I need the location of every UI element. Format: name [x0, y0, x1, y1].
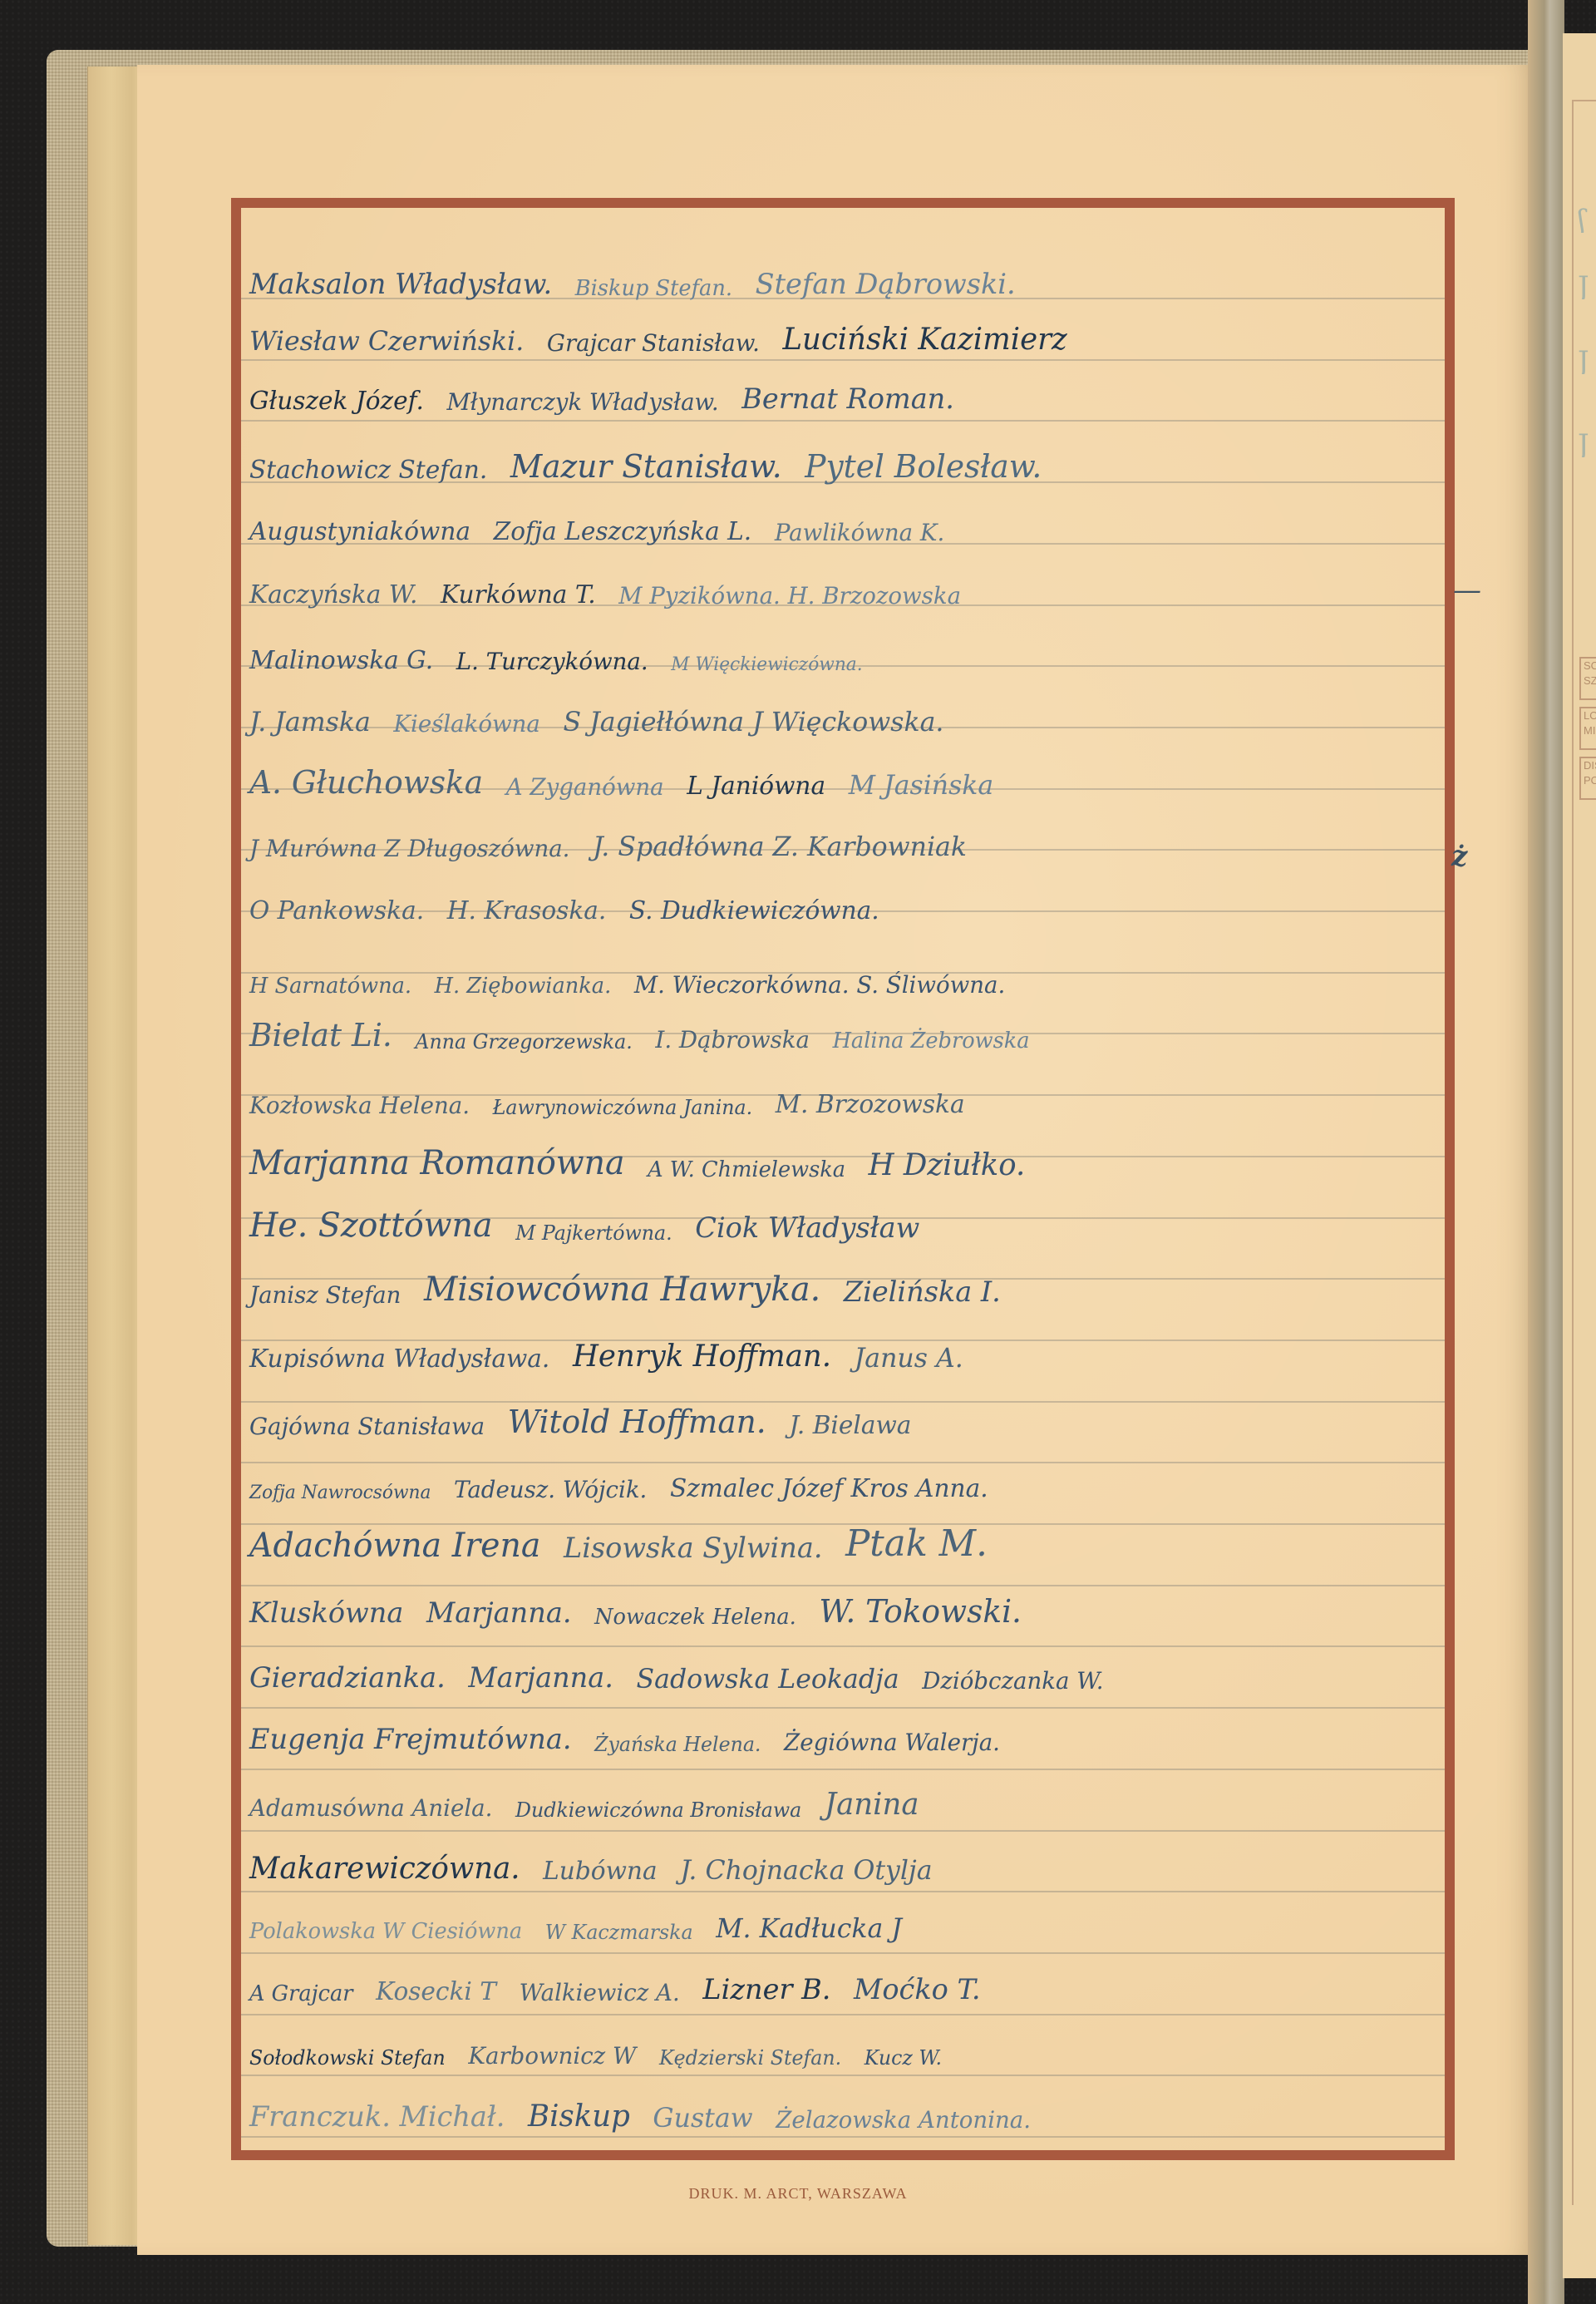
handwritten-name: J. Spadłówna Z. Karbowniak — [593, 831, 967, 862]
signature-row: KluskównaMarjanna.Nowaczek Helena.W. Tok… — [249, 1571, 1430, 1630]
handwritten-name: Kozłowska Helena. — [249, 1092, 470, 1119]
handwritten-name: Tadeusz. Wójcik. — [454, 1476, 647, 1503]
handwritten-name: H Dziułko. — [869, 1148, 1026, 1182]
book-gutter — [1528, 0, 1564, 2304]
handwritten-name: S Jagiełłówna J Więckowska. — [563, 706, 943, 738]
signature-row: Eugenja Frejmutówna.Żyańska Helena.Żegió… — [249, 1698, 1430, 1756]
facing-label-2: LOC MIE — [1579, 707, 1596, 750]
handwritten-name: A. Głuchowska — [249, 764, 483, 801]
handwritten-name: Stefan Dąbrowski. — [756, 268, 1016, 301]
handwritten-name: Polakowska W Ciesiówna — [249, 1919, 522, 1944]
handwritten-name: Kupisówna Władysława. — [249, 1344, 549, 1374]
handwritten-name: Kędzierski Stefan. — [659, 2046, 841, 2070]
signature-row: A. GłuchowskaA ZyganównaL JaniównaM Jasi… — [249, 743, 1430, 801]
handwritten-name: Pawlikówna K. — [775, 519, 944, 546]
handwritten-name: A Zyganówna — [506, 773, 664, 801]
facing-ornament-lettering: J — [1578, 349, 1596, 374]
signature-row: Kupisówna Władysława.Henryk Hoffman.Janu… — [249, 1315, 1430, 1374]
handwritten-name: Młynarczyk Władysław. — [447, 388, 719, 416]
signature-row: J Murówna Z Długoszówna.J. Spadłówna Z. … — [249, 804, 1430, 862]
handwritten-name: H. Krasoska. — [447, 896, 607, 925]
handwritten-name: Lizner B. — [702, 1973, 830, 2006]
handwritten-name: Adachówna Irena — [249, 1527, 540, 1565]
signature-row: Polakowska W CiesiównaW KaczmarskaM. Kad… — [249, 1886, 1430, 1944]
handwritten-name: L Janiówna — [687, 772, 825, 801]
handwritten-name: Grajcar Stanisław. — [547, 329, 760, 357]
signature-row: Stachowicz Stefan.Mazur Stanisław.Pytel … — [249, 427, 1430, 485]
handwritten-name: Gajówna Stanisława — [249, 1413, 485, 1440]
handwritten-name: Janisz Stefan — [249, 1281, 401, 1309]
handwritten-name: Kluskówna — [249, 1596, 403, 1630]
handwritten-name: M. Brzozowska — [776, 1090, 965, 1119]
handwritten-name: M Pajkertówna. — [515, 1221, 672, 1245]
handwritten-name: J Murówna Z Długoszówna. — [249, 835, 569, 862]
signature-row: Kaczyńska W.Kurkówna T.M Pyzikówna. H. B… — [249, 551, 1430, 609]
facing-label-1: SCH SZK — [1579, 657, 1596, 700]
handwritten-name: Maksalon Władysław. — [249, 268, 552, 301]
handwritten-name: Wiesław Czerwiński. — [249, 325, 524, 357]
handwritten-name: M. Kadłucka J — [716, 1912, 902, 1944]
signature-row: Głuszek Józef.Młynarczyk Władysław.Berna… — [249, 358, 1430, 416]
handwritten-name: A W. Chmielewska — [648, 1157, 845, 1182]
handwritten-name: Eugenja Frejmutówna. — [249, 1723, 571, 1756]
handwritten-name: Marjanna. — [426, 1596, 572, 1630]
handwritten-name: Kaczyńska W. — [249, 580, 417, 609]
signature-row: Maksalon Władysław.Biskup Stefan.Stefan … — [249, 243, 1430, 301]
handwritten-name: Kucz W. — [864, 2046, 942, 2070]
handwritten-name: Luciński Kazimierz — [782, 323, 1066, 357]
facing-ornament-top: ʃ — [1578, 208, 1596, 233]
ruled-line — [241, 420, 1445, 422]
signature-row: Adachówna IrenaLisowska Sylwina.Ptak M. — [249, 1507, 1430, 1565]
handwritten-name: Bielat Li. — [249, 1017, 392, 1053]
signature-row: Gieradzianka.Marjanna.Sadowska LeokadjaD… — [249, 1636, 1430, 1695]
handwritten-name: Janina — [825, 1788, 919, 1822]
handwritten-name: Gieradzianka. — [249, 1661, 446, 1695]
facing-page-frame — [1572, 100, 1596, 2205]
signature-row: Janisz StefanMisiowcówna Hawryka.Zielińs… — [249, 1251, 1430, 1309]
handwritten-name: Augustyniakówna — [249, 517, 470, 546]
handwritten-name: Adamusówna Aniela. — [249, 1794, 492, 1822]
handwritten-name: Głuszek Józef. — [249, 387, 424, 416]
handwritten-name: He. Szottówna — [249, 1206, 492, 1245]
handwritten-name: Gustaw — [653, 2102, 752, 2134]
handwritten-name: Zofja Leszczyńska L. — [494, 517, 752, 546]
signature-row: Sołodkowski StefanKarbownicz WKędzierski… — [249, 2011, 1430, 2070]
handwritten-name: Stachowicz Stefan. — [249, 456, 487, 485]
handwritten-name: Zofja Nawrocsówna — [249, 1483, 431, 1503]
signature-row: AugustyniakównaZofja Leszczyńska L.Pawli… — [249, 488, 1430, 546]
ruled-line — [241, 2136, 1445, 2138]
signature-row: Kozłowska Helena.Ławrynowiczówna Janina.… — [249, 1061, 1430, 1119]
handwritten-name: Nowaczek Helena. — [594, 1605, 796, 1630]
handwritten-name: Ciok Władysław — [695, 1211, 919, 1245]
signature-row: J. JamskaKieślakównaS Jagiełłówna J Więc… — [249, 679, 1430, 738]
handwritten-name: J. Bielawa — [789, 1411, 911, 1440]
signature-row: Marjanna RomanównaA W. ChmielewskaH Dziu… — [249, 1124, 1430, 1182]
handwritten-name: M Więckiewiczówna. — [671, 654, 862, 675]
handwritten-name: J. Chojnacka Otylja — [680, 1854, 932, 1886]
handwritten-name: Biskup Stefan. — [575, 276, 732, 301]
signature-row: Franczuk. Michał.BiskupGustawŻelazowska … — [249, 2075, 1430, 2134]
handwritten-name: Bernat Roman. — [741, 382, 954, 416]
handwritten-name: Biskup — [528, 2099, 630, 2134]
handwritten-name: Janus A. — [855, 1342, 963, 1374]
handwritten-name: Makarewiczówna. — [249, 1852, 520, 1886]
handwritten-name: J. Jamska — [249, 706, 371, 738]
handwritten-name: Ławrynowiczówna Janina. — [493, 1096, 753, 1119]
handwritten-name: Lisowska Sylwina. — [564, 1532, 823, 1565]
signature-row: Adamusówna Aniela.Dudkiewiczówna Bronisł… — [249, 1764, 1430, 1822]
handwritten-name: Karbownicz W — [468, 2042, 636, 2070]
signature-row: Wiesław Czerwiński.Grajcar Stanisław.Luc… — [249, 298, 1430, 357]
handwritten-name: Zielińska I. — [844, 1275, 1001, 1309]
signature-row: O Pankowska.H. Krasoska.S. Dudkiewiczówn… — [249, 867, 1430, 925]
handwritten-name: Lubówna — [543, 1857, 657, 1886]
signature-row: A GrajcarKosecki TWalkiewicz A.Lizner B.… — [249, 1948, 1430, 2006]
handwritten-name: Ptak M. — [845, 1522, 988, 1565]
handwritten-name: Żelazowska Antonina. — [776, 2106, 1031, 2134]
handwritten-name: A Grajcar — [249, 1981, 353, 2006]
handwritten-name: M Jasińska — [849, 769, 994, 801]
handwritten-name: Dzióbczanka W. — [922, 1667, 1103, 1695]
handwritten-name: L. Turczykówna. — [456, 648, 648, 675]
margin-dash-mark: — — [1453, 574, 1481, 607]
printer-imprint: DRUK. M. ARCT, WARSZAWA — [0, 2185, 1596, 2203]
signature-row: H Sarnatówna.H. Ziębowianka.M. Wieczorkó… — [249, 940, 1430, 999]
signature-row: He. SzottównaM Pajkertówna.Ciok Władysła… — [249, 1187, 1430, 1245]
handwritten-name: Walkiewicz A. — [520, 1979, 680, 2006]
handwritten-name: Kurkówna T. — [441, 580, 596, 609]
handwritten-name: Mazur Stanisław. — [510, 448, 782, 485]
handwritten-name: Franczuk. Michał. — [249, 2100, 505, 2134]
handwritten-name: Żyańska Helena. — [594, 1733, 761, 1756]
handwritten-name: Henryk Hoffman. — [573, 1339, 831, 1374]
handwritten-name: Sadowska Leokadja — [637, 1663, 899, 1695]
handwritten-name: S. Dudkiewiczówna. — [629, 896, 879, 925]
handwritten-name: Marjanna. — [468, 1661, 613, 1695]
handwritten-name: Żegiówna Walerja. — [784, 1729, 1000, 1756]
handwritten-name: Sołodkowski Stefan — [249, 2046, 446, 2070]
handwritten-name: Malinowska G. — [249, 646, 433, 675]
handwritten-name: Szmalec Józef Kros Anna. — [670, 1474, 988, 1503]
margin-z-mark: ż — [1451, 840, 1467, 873]
handwritten-name: M Pyzikówna. H. Brzozowska — [618, 582, 961, 609]
handwritten-name: O Pankowska. — [249, 896, 424, 925]
handwritten-name: Kosecki T — [376, 1977, 496, 2006]
handwritten-name: Pytel Bolesław. — [805, 448, 1042, 485]
handwritten-name: Witold Hoffman. — [508, 1404, 766, 1440]
handwritten-name: Kieślakówna — [393, 710, 539, 738]
handwritten-name: W. Tokowski. — [819, 1593, 1022, 1630]
facing-label-3: DIS PO — [1579, 757, 1596, 800]
signature-row: Bielat Li.Anna Grzegorzewska.I. Dąbrowsk… — [249, 995, 1430, 1053]
handwritten-name: Halina Żebrowska — [833, 1029, 1030, 1053]
handwritten-name: Dudkiewiczówna Bronisława — [515, 1798, 801, 1822]
facing-ornament-lettering: J — [1578, 432, 1596, 457]
facing-ornament-lettering: J — [1578, 274, 1596, 299]
signature-row: Zofja NawrocsównaTadeusz. Wójcik.Szmalec… — [249, 1445, 1430, 1503]
handwritten-name: Marjanna Romanówna — [249, 1144, 625, 1182]
signature-row: Gajówna StanisławaWitold Hoffman.J. Biel… — [249, 1382, 1430, 1440]
handwritten-name: W Kaczmarska — [545, 1921, 693, 1944]
handwritten-name: Anna Grzegorzewska. — [415, 1030, 632, 1053]
signature-row: Makarewiczówna.LubównaJ. Chojnacka Otylj… — [249, 1828, 1430, 1886]
handwritten-name: I. Dąbrowska — [655, 1026, 810, 1053]
handwritten-name: Misiowcówna Hawryka. — [424, 1270, 820, 1309]
handwritten-name: Moćko T. — [854, 1973, 981, 2006]
signature-row: Malinowska G.L. Turczykówna.M Więckiewic… — [249, 617, 1430, 675]
